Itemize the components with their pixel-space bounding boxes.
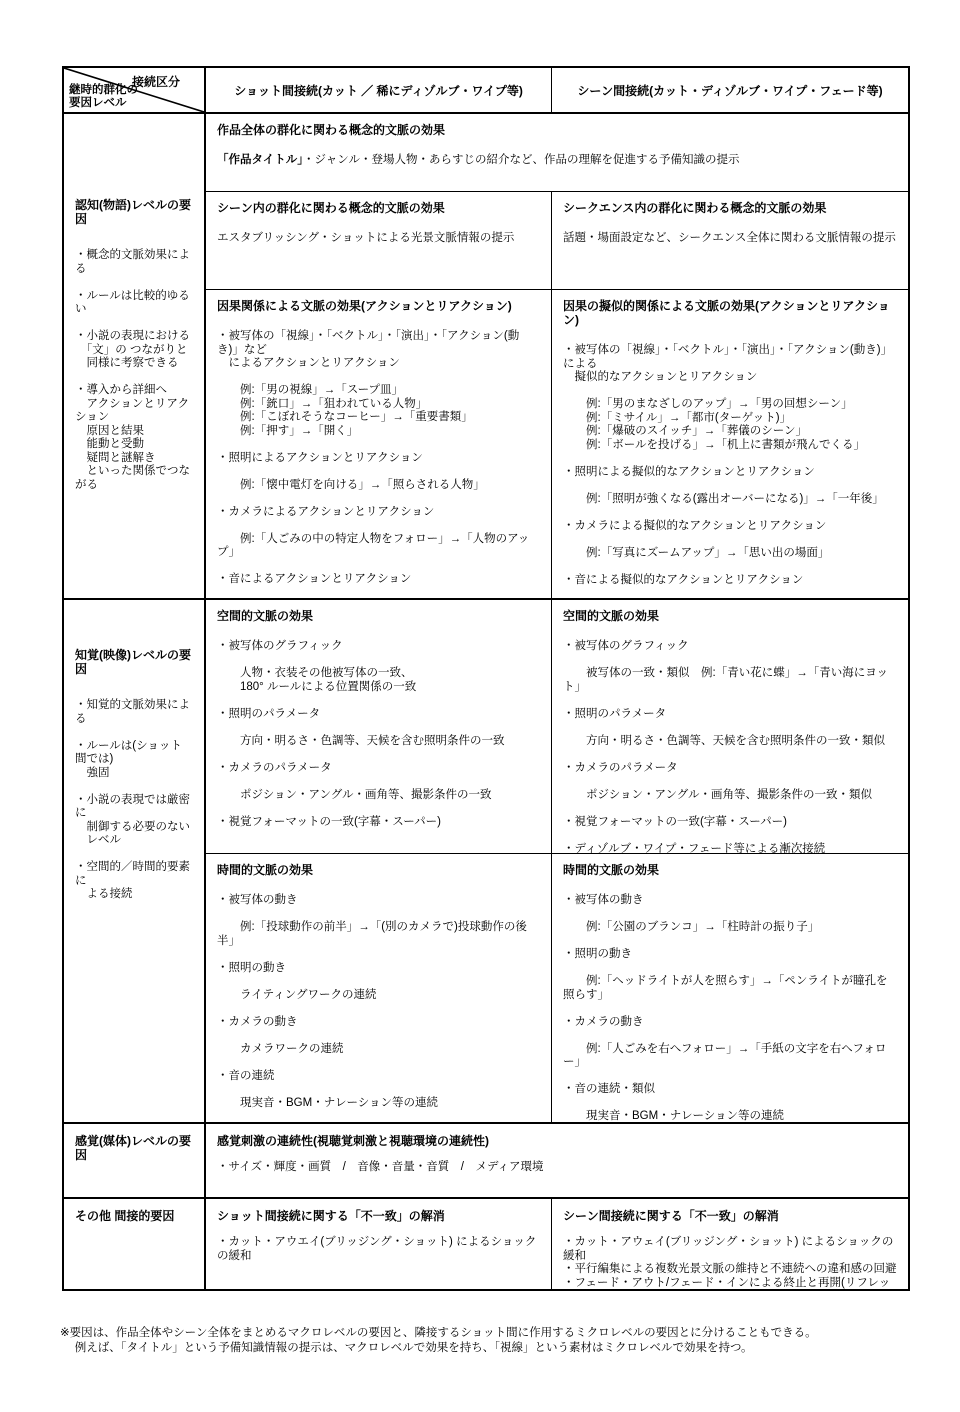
cell-sensory-continuity: 感覚刺激の連続性(視聴覚刺激と視聴環境の連続性) ・サイズ・輝度・画質 / 音像… [206,1124,908,1199]
cell-body: ・被写体の動き 例:「公園のブランコ」→「柱時計の振り子」 ・照明の動き 例:「… [563,894,897,1124]
cell-work-conceptual-context: 作品全体の群化に関わる概念的文脈の効果 「作品タイトル」・ジャンル・登場人物・あ… [206,114,908,192]
cell-body: ・被写体の「視線」・「ベクトル」・「演出」・「アクション(動き)」による 擬似的… [563,344,897,600]
row-label-title: 認知(物語)レベルの要因 [75,198,193,226]
cell-heading: シークエンス内の群化に関わる概念的文脈の効果 [563,201,897,215]
cell-heading: 空間的文脈の効果 [563,609,897,623]
cell-heading: 時間的文脈の効果 [563,863,897,877]
cell-body: ・カット・アウエイ(ブリッジング・ショット) によるショックの緩和 [217,1236,540,1263]
cell-body: ・被写体の「視線」・「ベクトル」・「演出」・「アクション(動き)」など によるア… [217,330,540,600]
cell-body: ・被写体の動き 例:「投球動作の前半」→「(別のカメラで)投球動作の後半」 ・照… [217,894,540,1110]
cell-sequence-grouping-scene: シークエンス内の群化に関わる概念的文脈の効果 話題・場面設定など、シークエンス全… [552,192,908,290]
cell-body: ・被写体のグラフィック 被写体の一致・類似 例:「青い花に蝶」→「青い海にヨット… [563,640,897,854]
row-label-perceptual-level: 知覚(映像)レベルの要因 ・知覚的文脈効果による ・ルールは(ショット間では) … [64,600,206,1124]
column-header-shot-connection: ショット間接続(カット ／ 稀にディゾルブ・ワイプ等) [206,68,552,114]
cell-heading: シーン間接続に関する「不一致」の解消 [563,1209,897,1223]
cell-heading: 因果の擬似的関係による文脈の効果(アクションとリアクション) [563,299,897,327]
cell-spatial-context-scene: 空間的文脈の効果 ・被写体のグラフィック 被写体の一致・類似 例:「青い花に蝶」… [552,600,908,854]
continuity-factor-table: 接続区分 継時的群化の 要因レベル ショット間接続(カット ／ 稀にディゾルブ・… [62,66,910,1291]
cell-temporal-context-scene: 時間的文脈の効果 ・被写体の動き 例:「公園のブランコ」→「柱時計の振り子」 ・… [552,854,908,1124]
cell-heading: 因果関係による文脈の効果(アクションとリアクション) [217,299,540,313]
row-label-cognitive-level: 認知(物語)レベルの要因 ・概念的文脈効果による ・ルールは比較的ゆるい ・小説… [64,114,206,600]
cell-scene-grouping-shot: シーン内の群化に関わる概念的文脈の効果 エスタブリッシング・ショットによる光景文… [206,192,552,290]
cell-temporal-context-shot: 時間的文脈の効果 ・被写体の動き 例:「投球動作の前半」→「(別のカメラで)投球… [206,854,552,1124]
cell-heading: 作品全体の群化に関わる概念的文脈の効果 [217,123,897,137]
cell-heading: シーン内の群化に関わる概念的文脈の効果 [217,201,540,215]
row-label-title: 知覚(映像)レベルの要因 [75,648,193,676]
cell-mismatch-resolution-shot: ショット間接続に関する「不一致」の解消 ・カット・アウエイ(ブリッジング・ショッ… [206,1199,552,1289]
cell-quasi-causal-context-scene: 因果の擬似的関係による文脈の効果(アクションとリアクション) ・被写体の「視線」… [552,290,908,600]
cell-body: エスタブリッシング・ショットによる光景文脈情報の提示 [217,232,540,246]
cell-body: ・カット・アウェイ(ブリッジング・ショット) によるショックの緩和 ・平行編集に… [563,1236,897,1289]
cell-spatial-context-shot: 空間的文脈の効果 ・被写体のグラフィック 人物・衣装その他被写体の一致、 180… [206,600,552,854]
cell-body: 「作品タイトル」・ジャンル・登場人物・あらすじの紹介など、作品の理解を促進する予… [217,154,897,168]
corner-header-cell: 接続区分 継時的群化の 要因レベル [64,68,206,114]
column-header-scene-connection: シーン間接続(カット・ディゾルブ・ワイプ・フェード等) [552,68,908,114]
cell-mismatch-resolution-scene: シーン間接続に関する「不一致」の解消 ・カット・アウェイ(ブリッジング・ショット… [552,1199,908,1289]
cell-body: 話題・場面設定など、シークエンス全体に関わる文脈情報の提示 [563,232,897,246]
corner-label-factor-level: 継時的群化の 要因レベル [69,84,138,110]
work-body-rest: ・ジャンル・登場人物・あらすじの紹介など、作品の理解を促進する予備知識の提示 [303,154,739,166]
work-body-bold: 「作品タイトル」 [217,154,303,166]
row-label-sensory-level: 感覚(媒体)レベルの要因 [64,1124,206,1199]
cell-heading: 空間的文脈の効果 [217,609,540,623]
row-label-title: 感覚(媒体)レベルの要因 [75,1134,193,1162]
row-label-notes: ・概念的文脈効果による ・ルールは比較的ゆるい ・小説の表現における 「文」の … [75,249,193,492]
row-label-notes: ・知覚的文脈効果による ・ルールは(ショット間では) 強固 ・小説の表現では厳密… [75,699,193,902]
cell-heading: 時間的文脈の効果 [217,863,540,877]
footnote: ※要因は、作品全体やシーン全体をまとめるマクロレベルの要因と、隣接するショット間… [60,1326,910,1356]
row-label-other-indirect: その他 間接的要因 [64,1199,206,1289]
cell-heading: ショット間接続に関する「不一致」の解消 [217,1209,540,1223]
row-label-title: その他 間接的要因 [75,1209,193,1223]
cell-causal-context-shot: 因果関係による文脈の効果(アクションとリアクション) ・被写体の「視線」・「ベク… [206,290,552,600]
cell-heading: 感覚刺激の連続性(視聴覚刺激と視聴環境の連続性) [217,1134,897,1148]
cell-body: ・サイズ・輝度・画質 / 音像・音量・音質 / メディア環境 [217,1161,897,1175]
corner-label-connection-type: 接続区分 [132,73,180,90]
cell-body: ・被写体のグラフィック 人物・衣装その他被写体の一致、 180° ルールによる位… [217,640,540,829]
